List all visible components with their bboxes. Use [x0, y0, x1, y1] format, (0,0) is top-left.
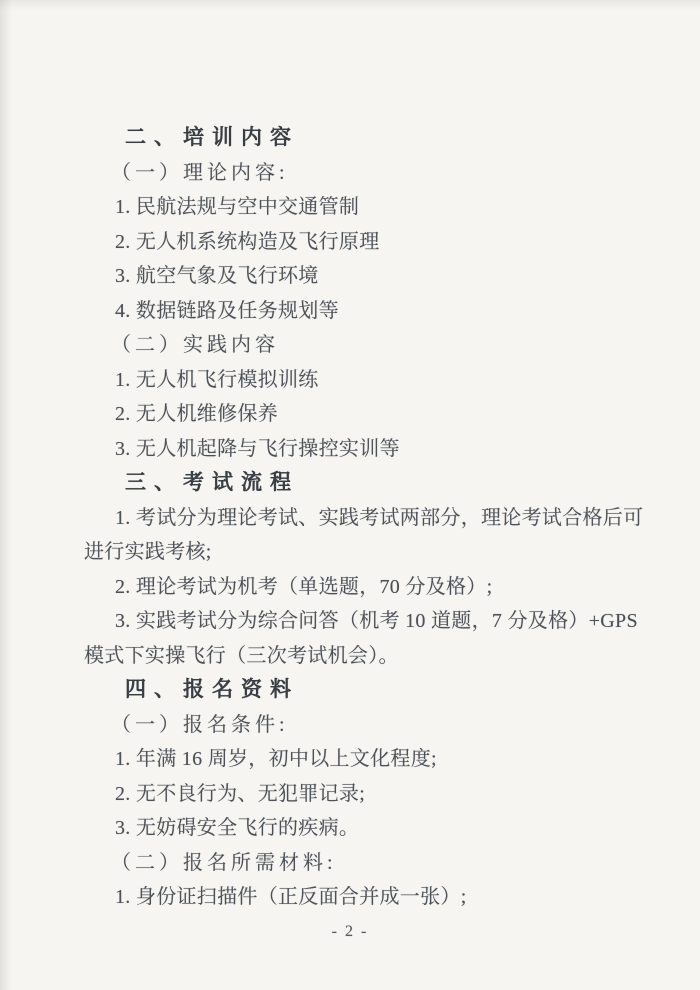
paragraph-line: 2. 理论考试为机考（单选题，70 分及格）;	[0, 570, 700, 605]
subsection-heading-conditions: （一）报名条件:	[0, 708, 700, 743]
subsection-heading-materials: （二）报名所需材料:	[0, 846, 700, 881]
list-item: 1. 年满 16 周岁，初中以上文化程度;	[0, 742, 700, 777]
subsection-heading-practice: （二）实践内容	[0, 328, 700, 363]
section-heading-registration: 四、报名资料	[0, 673, 700, 708]
list-item: 3. 航空气象及飞行环境	[0, 259, 700, 294]
document-page: 二、培训内容 （一）理论内容: 1. 民航法规与空中交通管制 2. 无人机系统构…	[0, 0, 700, 990]
paragraph-continuation: 进行实践考核;	[0, 535, 700, 570]
paragraph-line: 3. 实践考试分为综合问答（机考 10 道题，7 分及格）+GPS	[0, 604, 700, 639]
subsection-heading-theory: （一）理论内容:	[0, 156, 700, 191]
document-body: 二、培训内容 （一）理论内容: 1. 民航法规与空中交通管制 2. 无人机系统构…	[0, 121, 700, 949]
list-item: 1. 无人机飞行模拟训练	[0, 363, 700, 398]
list-item: 4. 数据链路及任务规划等	[0, 294, 700, 329]
list-item: 3. 无人机起降与飞行操控实训等	[0, 432, 700, 467]
list-item: 2. 无不良行为、无犯罪记录;	[0, 777, 700, 812]
section-heading-exam-process: 三、考试流程	[0, 466, 700, 501]
section-heading-training-content: 二、培训内容	[0, 121, 700, 156]
list-item: 1. 身份证扫描件（正反面合并成一张）;	[0, 880, 700, 915]
list-item: 3. 无妨碍安全飞行的疾病。	[0, 811, 700, 846]
list-item: 2. 无人机维修保养	[0, 397, 700, 432]
list-item: 2. 无人机系统构造及飞行原理	[0, 225, 700, 260]
paragraph-continuation: 模式下实操飞行（三次考试机会）。	[0, 639, 700, 674]
page-number: - 2 -	[0, 915, 700, 950]
list-item: 1. 民航法规与空中交通管制	[0, 190, 700, 225]
paragraph-line: 1. 考试分为理论考试、实践考试两部分，理论考试合格后可	[0, 501, 700, 536]
